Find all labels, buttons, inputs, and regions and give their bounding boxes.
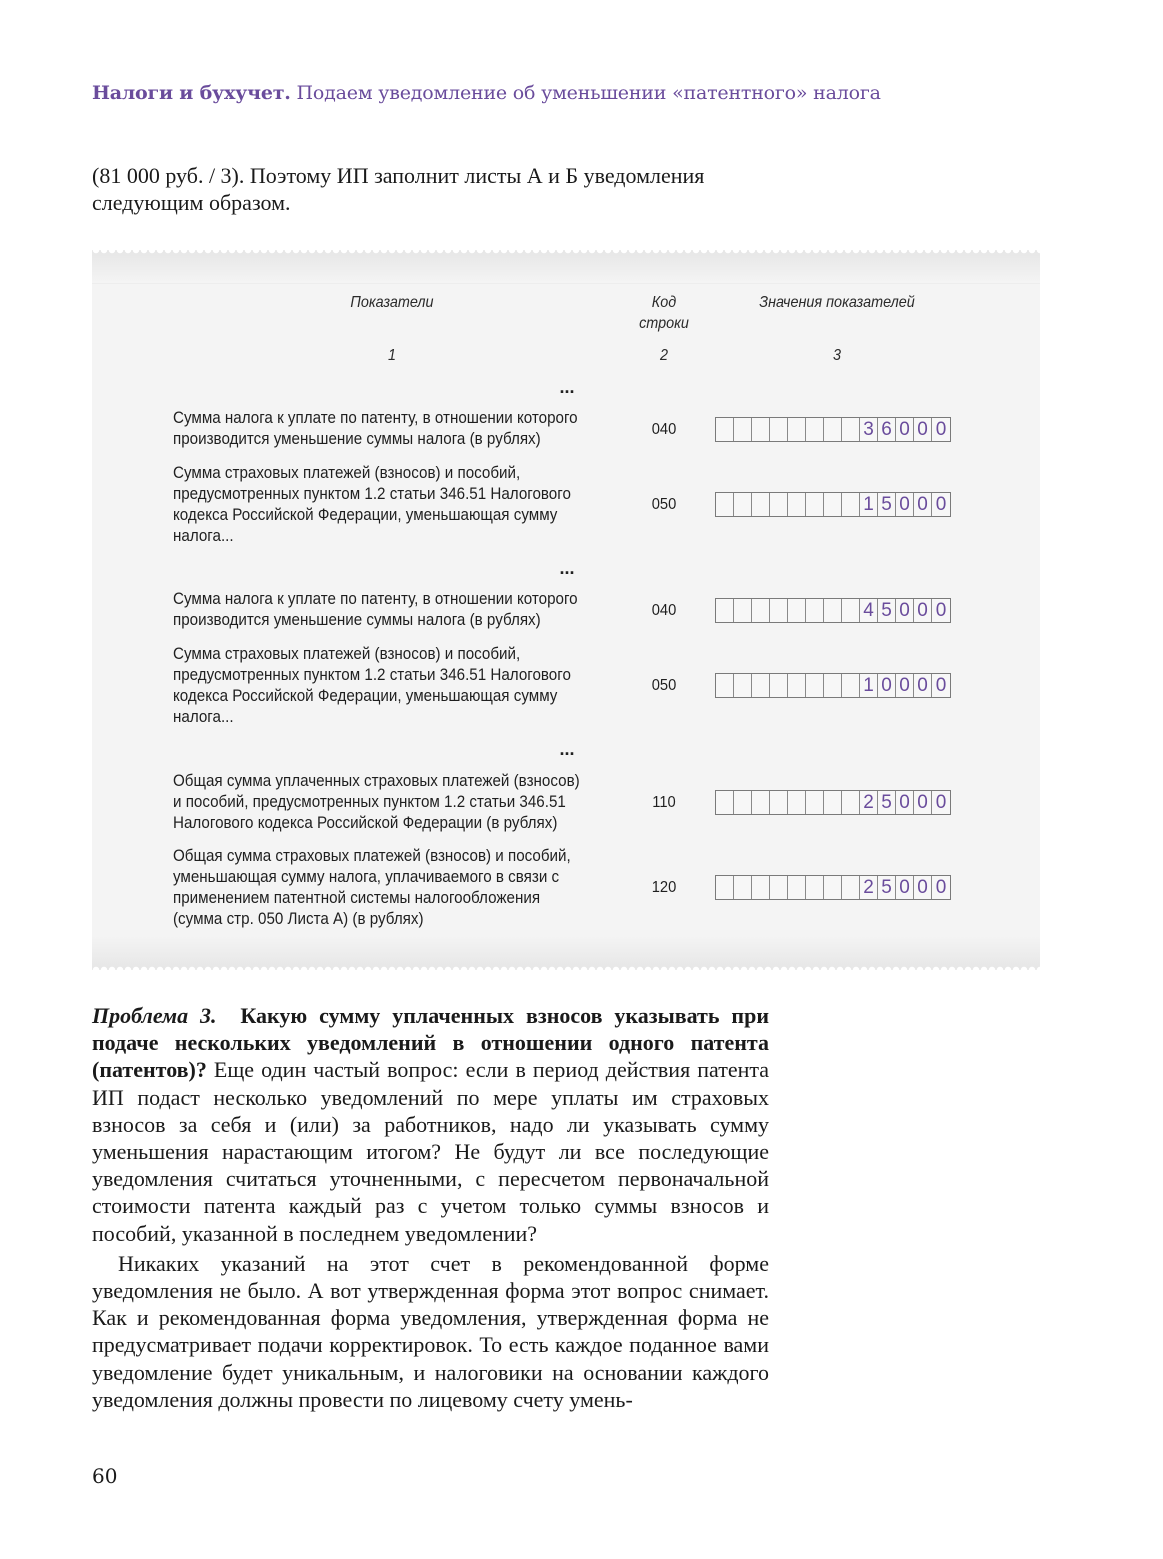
digit-cell: 3 — [860, 418, 878, 441]
digit-cell: 2 — [860, 876, 878, 899]
digit-cell: 0 — [914, 493, 932, 516]
digit-cell — [752, 674, 770, 697]
header-line-code-1: Код — [619, 292, 709, 313]
form-excerpt: Показатели Код строки Значения показател… — [92, 250, 1040, 970]
digit-cell — [734, 493, 752, 516]
digit-cell — [824, 674, 842, 697]
value-cells: 25000 — [715, 875, 951, 900]
digit-cell — [716, 674, 734, 697]
digit-cell: 0 — [914, 599, 932, 622]
digit-cell — [824, 493, 842, 516]
problem-paragraph: Проблема 3. Какую сумму уплаченных взнос… — [92, 1002, 769, 1247]
intro-line-2: следующим образом. — [92, 189, 782, 216]
ellipsis-marker: ... — [532, 742, 602, 756]
digit-cell — [788, 791, 806, 814]
digit-cell — [716, 599, 734, 622]
digit-cell — [716, 876, 734, 899]
digit-cell: 0 — [932, 791, 950, 814]
digit-cell — [734, 418, 752, 441]
digit-cell: 0 — [932, 599, 950, 622]
paragraph-2: Никаких указаний на этот счет в рекоменд… — [92, 1250, 769, 1413]
digit-cell — [752, 876, 770, 899]
running-head: Налоги и бухучет. Подаем уведомление об … — [92, 82, 881, 104]
digit-cell — [806, 674, 824, 697]
digit-cell — [752, 418, 770, 441]
digit-cell — [806, 599, 824, 622]
digit-cell — [788, 493, 806, 516]
digit-cell: 1 — [860, 674, 878, 697]
digit-cell: 5 — [878, 876, 896, 899]
header-line-code-2: строки — [619, 313, 709, 334]
value-cells: 36000 — [715, 417, 951, 442]
digit-cell — [824, 418, 842, 441]
digit-cell — [770, 876, 788, 899]
digit-cell: 0 — [896, 418, 914, 441]
digit-cell: 0 — [896, 876, 914, 899]
digit-cell — [716, 418, 734, 441]
row-code: 050 — [636, 496, 691, 514]
digit-cell — [788, 599, 806, 622]
digit-cell — [824, 876, 842, 899]
digit-cell: 0 — [896, 493, 914, 516]
column-number-1: 1 — [302, 345, 482, 366]
digit-cell — [734, 599, 752, 622]
value-cells: 45000 — [715, 598, 951, 623]
digit-cell: 5 — [878, 791, 896, 814]
digit-cell: 6 — [878, 418, 896, 441]
digit-cell: 0 — [914, 674, 932, 697]
row-code: 120 — [636, 879, 691, 897]
header-values: Значения показателей — [743, 292, 932, 313]
torn-edge-bottom — [92, 966, 1040, 970]
digit-cell: 0 — [896, 791, 914, 814]
header-line-code: Код строки — [619, 292, 709, 334]
digit-cell — [842, 674, 860, 697]
digit-cell — [842, 599, 860, 622]
chapter-title: Подаем уведомление об уменьшении «патент… — [297, 82, 881, 104]
row-label: Общая сумма уплаченных страховых платеже… — [173, 771, 587, 834]
digit-cell: 1 — [860, 493, 878, 516]
digit-cell: 0 — [914, 876, 932, 899]
digit-cell — [770, 791, 788, 814]
value-cells: 25000 — [715, 790, 951, 815]
digit-cell: 0 — [932, 418, 950, 441]
digit-cell — [770, 418, 788, 441]
intro-paragraph: (81 000 руб. / 3). Поэтому ИП заполнит л… — [92, 162, 782, 216]
digit-cell — [752, 493, 770, 516]
row-code: 050 — [636, 677, 691, 695]
digit-cell: 5 — [878, 599, 896, 622]
digit-cell — [806, 791, 824, 814]
digit-cell: 5 — [878, 493, 896, 516]
digit-cell: 0 — [914, 418, 932, 441]
digit-cell — [734, 791, 752, 814]
row-code: 040 — [636, 421, 691, 439]
digit-cell: 2 — [860, 791, 878, 814]
digit-cell — [734, 876, 752, 899]
problem-label: Проблема 3. — [92, 1003, 217, 1028]
intro-line-1: (81 000 руб. / 3). Поэтому ИП заполнит л… — [92, 162, 782, 189]
digit-cell: 4 — [860, 599, 878, 622]
ellipsis-marker: ... — [532, 561, 602, 575]
digit-cell: 0 — [914, 791, 932, 814]
digit-cell — [806, 876, 824, 899]
body-text: Проблема 3. Какую сумму уплаченных взнос… — [92, 1002, 769, 1413]
digit-cell: 0 — [878, 674, 896, 697]
header-indicators: Показатели — [302, 292, 482, 313]
digit-cell — [716, 493, 734, 516]
row-label: Сумма страховых платежей (взносов) и пос… — [173, 644, 587, 728]
digit-cell — [770, 674, 788, 697]
ellipsis-marker: ... — [532, 380, 602, 394]
digit-cell — [716, 791, 734, 814]
digit-cell — [752, 599, 770, 622]
digit-cell: 0 — [932, 493, 950, 516]
digit-cell — [752, 791, 770, 814]
digit-cell: 0 — [932, 876, 950, 899]
row-label: Сумма страховых платежей (взносов) и пос… — [173, 463, 587, 547]
digit-cell — [806, 418, 824, 441]
digit-cell — [770, 493, 788, 516]
value-cells: 15000 — [715, 492, 951, 517]
digit-cell — [788, 674, 806, 697]
digit-cell — [842, 876, 860, 899]
panel-top-edge — [92, 250, 1040, 284]
torn-edge-top — [92, 250, 1040, 254]
panel-bottom-edge — [92, 936, 1040, 970]
digit-cell — [788, 418, 806, 441]
row-label: Сумма налога к уплате по патенту, в отно… — [173, 408, 587, 450]
row-code: 110 — [636, 794, 691, 812]
digit-cell — [770, 599, 788, 622]
digit-cell — [842, 418, 860, 441]
digit-cell — [788, 876, 806, 899]
digit-cell: 0 — [932, 674, 950, 697]
digit-cell — [842, 493, 860, 516]
digit-cell — [824, 599, 842, 622]
digit-cell — [806, 493, 824, 516]
column-number-3: 3 — [792, 345, 882, 366]
row-label: Общая сумма страховых платежей (взносов)… — [173, 846, 587, 930]
problem-text: Еще один частый вопрос: если в период де… — [92, 1057, 769, 1245]
value-cells: 10000 — [715, 673, 951, 698]
section-name: Налоги и бухучет. — [92, 82, 291, 104]
digit-cell: 0 — [896, 599, 914, 622]
digit-cell — [842, 791, 860, 814]
row-label: Сумма налога к уплате по патенту, в отно… — [173, 589, 587, 631]
digit-cell: 0 — [896, 674, 914, 697]
digit-cell — [824, 791, 842, 814]
row-code: 040 — [636, 602, 691, 620]
page-number: 60 — [92, 1464, 117, 1488]
column-number-2: 2 — [619, 345, 709, 366]
digit-cell — [734, 674, 752, 697]
